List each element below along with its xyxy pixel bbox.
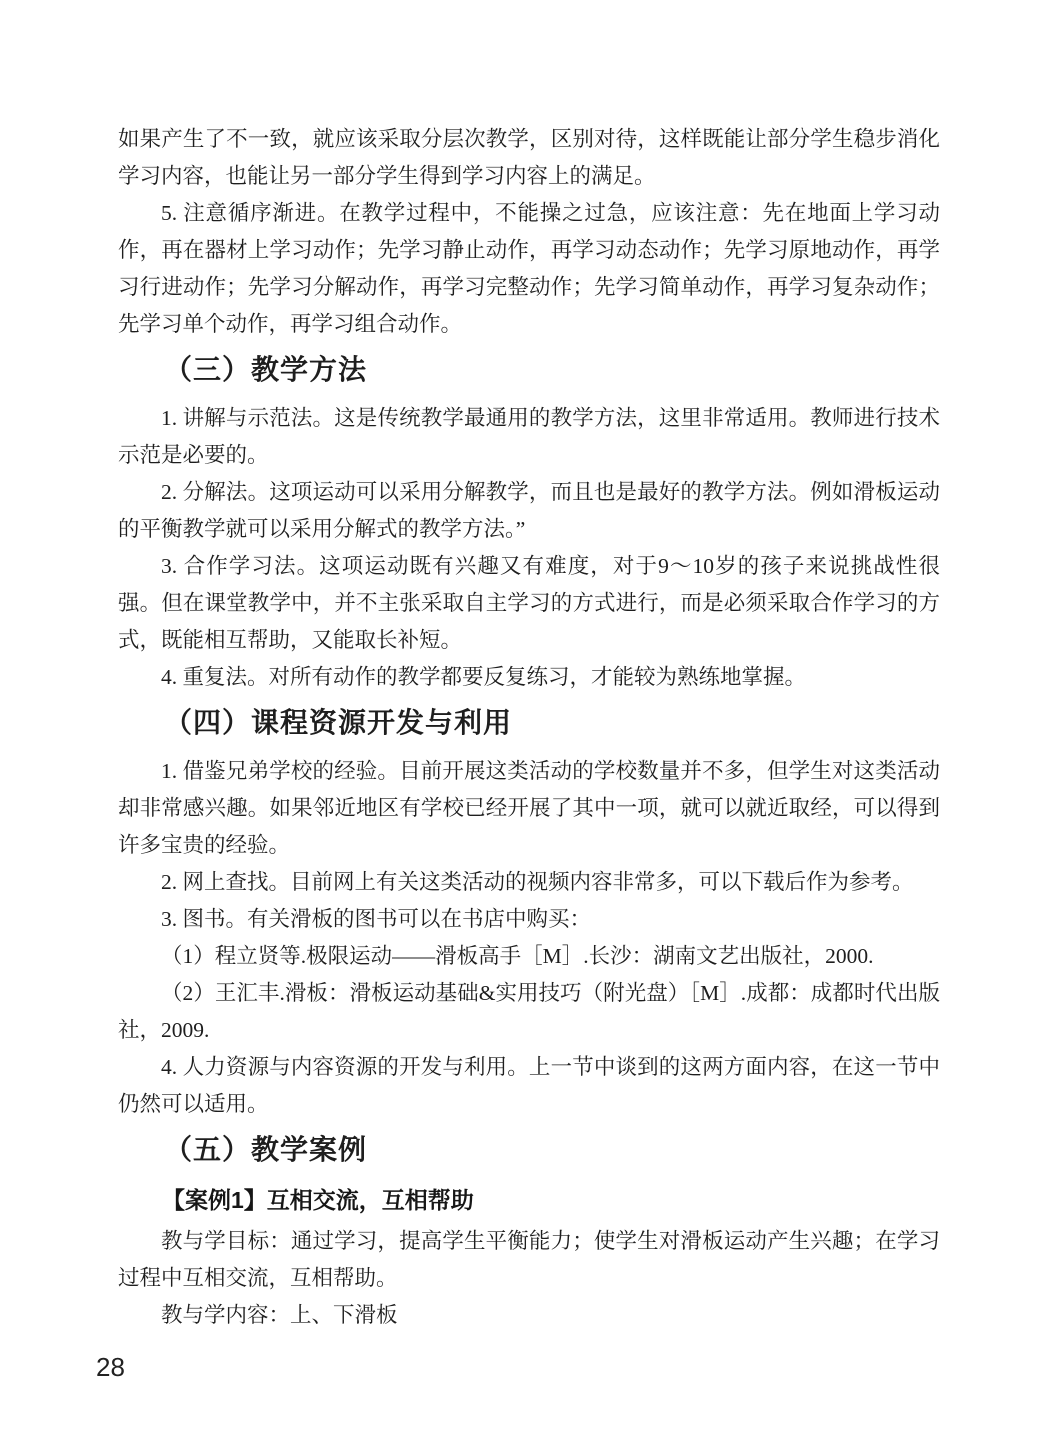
paragraph-step-by-step: 5. 注意循序渐进。在教学过程中，不能操之过急，应该注意：先在地面上学习动作，再… bbox=[118, 195, 940, 343]
paragraph-resource-4: 4. 人力资源与内容资源的开发与利用。上一节中谈到的这两方面内容，在这一节中仍然… bbox=[118, 1049, 940, 1123]
paragraph-method-2: 2. 分解法。这项运动可以采用分解教学，而且也是最好的教学方法。例如滑板运动的平… bbox=[118, 474, 940, 548]
book-reference-2: （2）王汇丰.滑板：滑板运动基础&实用技巧（附光盘）［M］.成都：成都时代出版社… bbox=[118, 975, 940, 1049]
paragraph-case-content: 教与学内容：上、下滑板 bbox=[118, 1297, 940, 1334]
paragraph-method-4: 4. 重复法。对所有动作的教学都要反复练习，才能较为熟练地掌握。 bbox=[118, 659, 940, 696]
section-heading-5-teaching-cases: （五）教学案例 bbox=[118, 1129, 940, 1173]
case-1-heading: 【案例1】互相交流，互相帮助 bbox=[118, 1183, 940, 1217]
paragraph-resource-2: 2. 网上查找。目前网上有关这类活动的视频内容非常多，可以下载后作为参考。 bbox=[118, 864, 940, 901]
page-number: 28 bbox=[96, 1352, 125, 1383]
paragraph-resource-3: 3. 图书。有关滑板的图书可以在书店中购买： bbox=[118, 901, 940, 938]
paragraph-method-3: 3. 合作学习法。这项运动既有兴趣又有难度，对于9～10岁的孩子来说挑战性很强。… bbox=[118, 548, 940, 659]
section-heading-3-teaching-methods: （三）教学方法 bbox=[118, 349, 940, 393]
section-heading-4-curriculum-resources: （四）课程资源开发与利用 bbox=[118, 702, 940, 746]
book-reference-1: （1）程立贤等.极限运动——滑板高手［M］.长沙：湖南文艺出版社，2000. bbox=[118, 938, 940, 975]
book-page: 如果产生了不一致，就应该采取分层次教学，区别对待，这样既能让部分学生稳步消化学习… bbox=[0, 0, 1038, 1452]
page-content: 如果产生了不一致，就应该采取分层次教学，区别对待，这样既能让部分学生稳步消化学习… bbox=[118, 121, 940, 1334]
continued-paragraph: 如果产生了不一致，就应该采取分层次教学，区别对待，这样既能让部分学生稳步消化学习… bbox=[118, 121, 940, 195]
paragraph-case-goals: 教与学目标：通过学习，提高学生平衡能力；使学生对滑板运动产生兴趣；在学习过程中互… bbox=[118, 1223, 940, 1297]
paragraph-resource-1: 1. 借鉴兄弟学校的经验。目前开展这类活动的学校数量并不多，但学生对这类活动却非… bbox=[118, 753, 940, 864]
paragraph-method-1: 1. 讲解与示范法。这是传统教学最通用的教学方法，这里非常适用。教师进行技术示范… bbox=[118, 400, 940, 474]
